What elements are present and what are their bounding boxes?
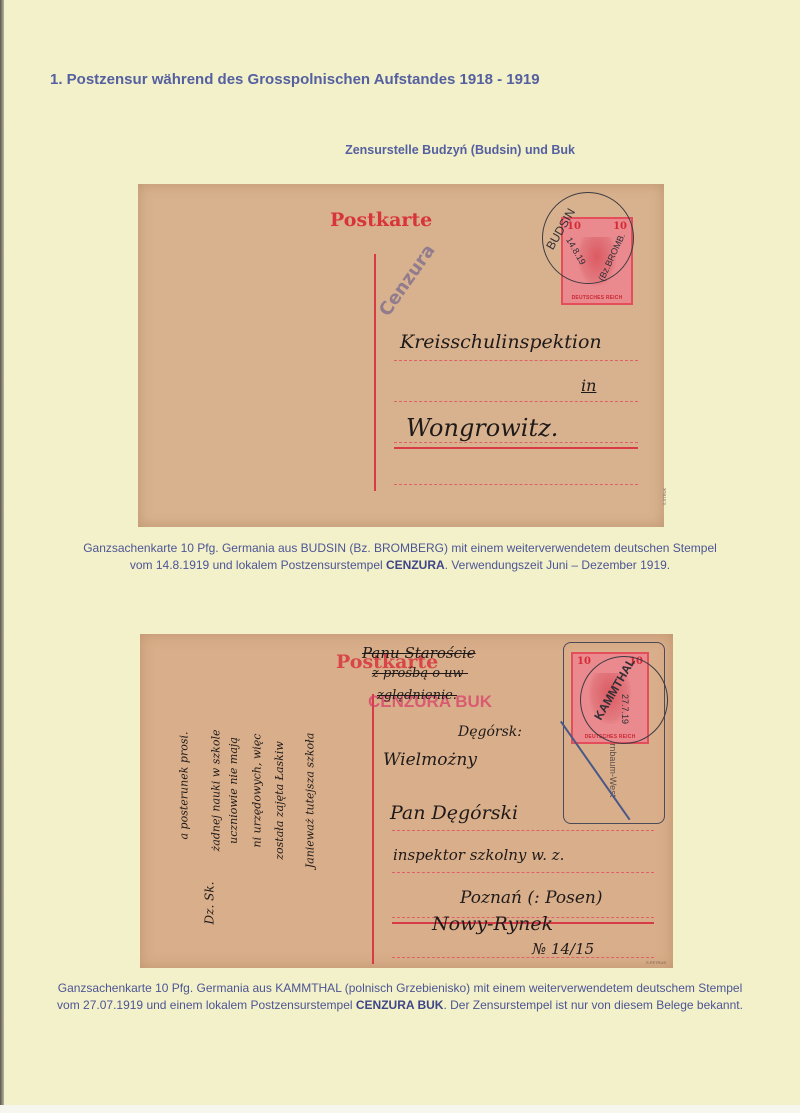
side-text-line-1: Janieważ tutejsza szkoła [303, 733, 316, 869]
page-bottom-edge [0, 1105, 800, 1113]
address-line-1: Dęgórsk: [458, 724, 522, 740]
struck-line-3: zględnienie. [377, 688, 457, 703]
side-text-line-3: ni urzędowych, więc [250, 734, 263, 848]
caption-bold: CENZURA BUK [356, 998, 444, 1012]
side-text-signature: Dz. Sk. [202, 882, 216, 925]
address-line-6: Nowy-Rynek [432, 913, 553, 935]
address-underline [394, 447, 638, 449]
side-text-line-6: a posterunek prosi. [177, 732, 190, 840]
printer-mark: S.PETRUS [646, 960, 666, 965]
page-title: 1. Postzensur während des Grosspolnische… [50, 71, 540, 88]
address-line [394, 442, 638, 443]
caption-line-2: vom 27.07.1919 und einem lokalem Postzen… [0, 997, 800, 1014]
caption-line-1: Ganzsachenkarte 10 Pfg. Germania aus KAM… [0, 980, 800, 997]
postcard-title: Postkarte [330, 209, 432, 231]
caption-line-1: Ganzsachenkarte 10 Pfg. Germania aus BUD… [0, 540, 800, 557]
caption-bold: CENZURA [386, 558, 445, 572]
side-text-line-2: została zajęta Łaskiw [273, 741, 286, 860]
censor-mark-cenzura: Cenzura [375, 241, 440, 321]
side-text-line-5: żadnej nauki w szkole [209, 730, 222, 852]
struck-line-1: Panu Staroście [362, 644, 476, 662]
address-line [392, 872, 654, 873]
section-subtitle: Zensurstelle Budzyń (Budsin) und Buk [0, 143, 800, 157]
address-line-2: Wielmożny [383, 750, 477, 770]
divider-line [374, 254, 376, 491]
address-line-3: Wongrowitz. [406, 414, 558, 442]
postcard-kammthal: Postkarte Kgl. Landrats-Amt Birnbaum-Wes… [140, 634, 673, 968]
postcard-budsin: Postkarte 10 10 DEUTSCHES REICH BUDSIN 1… [138, 184, 664, 527]
address-line [394, 401, 638, 402]
address-line-1: Kreisschulinspektion [400, 331, 602, 353]
caption-kammthal: Ganzsachenkarte 10 Pfg. Germania aus KAM… [0, 980, 800, 1014]
address-line [392, 957, 654, 958]
divider-line [372, 694, 374, 964]
address-line-3: Pan Dęgórski [390, 802, 518, 824]
address-line [392, 830, 654, 831]
side-text-line-4: uczniowie nie mają [227, 737, 240, 844]
caption-budsin: Ganzsachenkarte 10 Pfg. Germania aus BUD… [0, 540, 800, 574]
caption-line-2: vom 14.8.1919 und lokalem Postzensurstem… [0, 557, 800, 574]
printer-mark: S.STRUK [662, 488, 667, 505]
address-line-4: inspektor szkolny w. z. [393, 846, 564, 864]
address-line-2: in [581, 376, 596, 395]
struck-line-2: z prośbą o uw- [372, 666, 468, 681]
address-line-5: Poznań (: Posen) [460, 888, 603, 908]
address-line [394, 484, 638, 485]
address-line [394, 360, 638, 361]
postmark-date: 27.7.19 [620, 694, 630, 724]
address-line-7: № 14/15 [532, 940, 594, 958]
stamp-value-left: 10 [577, 656, 591, 667]
stamp-country: DEUTSCHES REICH [563, 295, 631, 301]
